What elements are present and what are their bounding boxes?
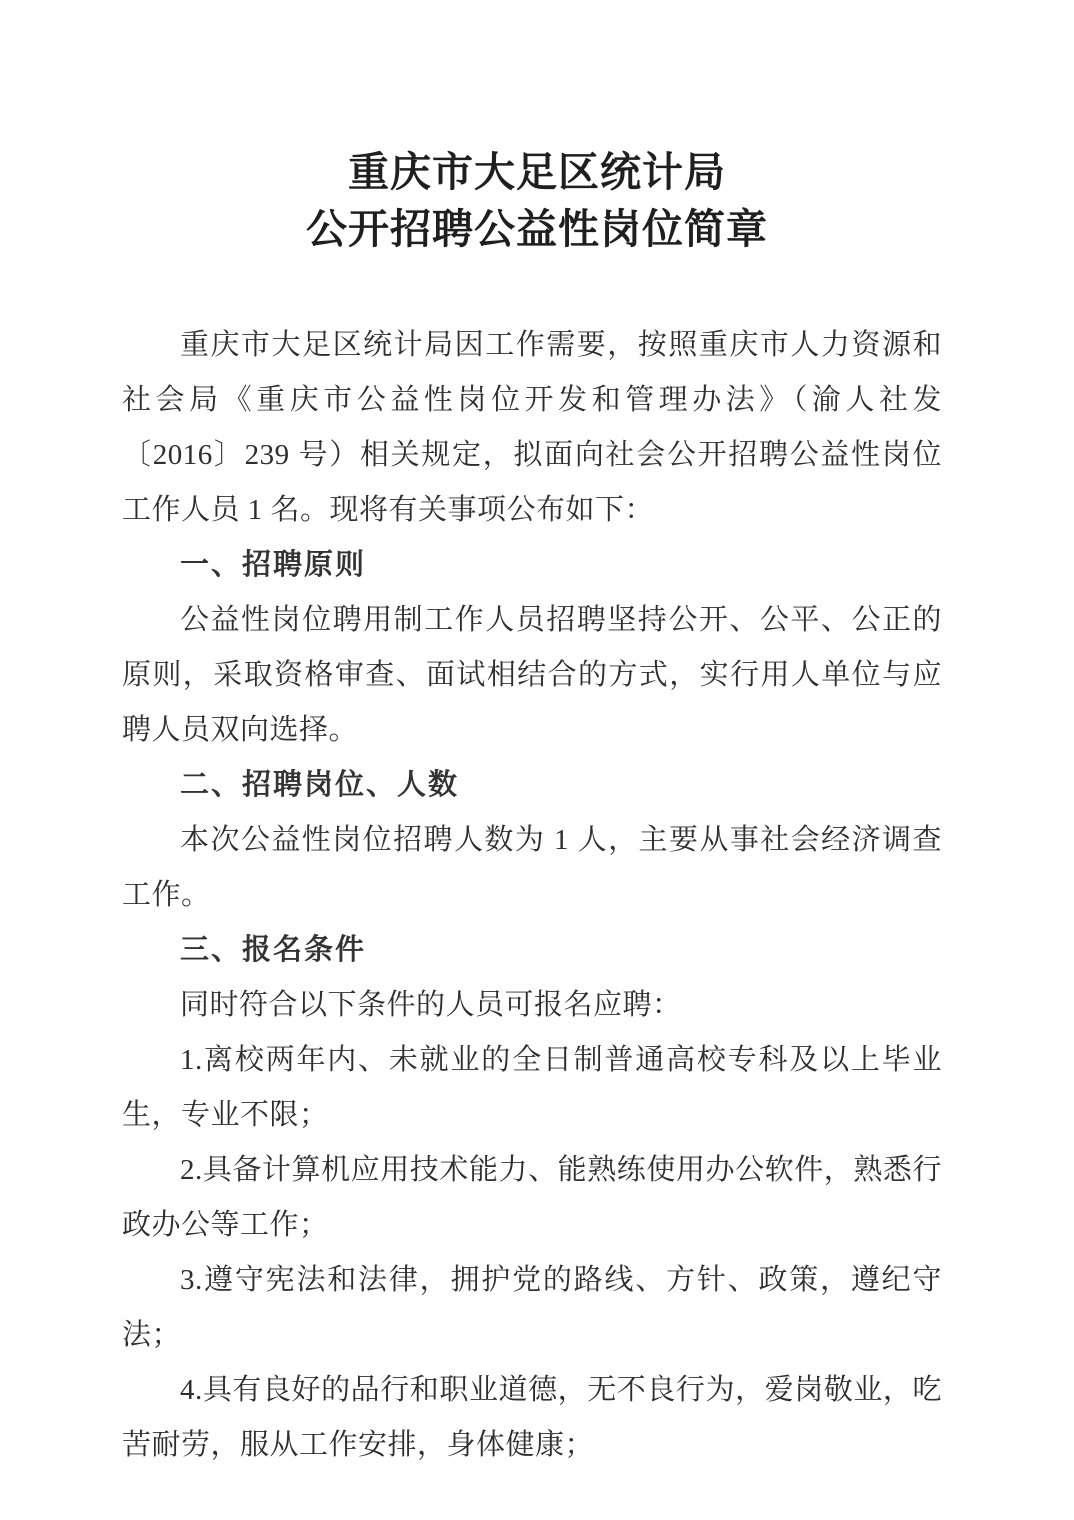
- body-paragraph: 同时符合以下条件的人员可报名应聘：: [122, 978, 942, 1033]
- section-heading: 一、招聘原则: [122, 538, 942, 593]
- document-title: 重庆市大足区统计局 公开招聘公益性岗位简章: [0, 0, 1074, 258]
- body-paragraph: 本次公益性岗位招聘人数为 1 人，主要从事社会经济调查工作。: [122, 813, 942, 923]
- section-heading: 三、报名条件: [122, 923, 942, 978]
- body-paragraph: 3.遵守宪法和法律，拥护党的路线、方针、政策，遵纪守法；: [122, 1253, 942, 1363]
- document-title-line-2: 公开招聘公益性岗位简章: [0, 201, 1074, 258]
- body-paragraph: 4.具有良好的品行和职业道德，无不良行为，爱岗敬业，吃苦耐劳，服从工作安排，身体…: [122, 1363, 942, 1473]
- body-paragraph: 公益性岗位聘用制工作人员招聘坚持公开、公平、公正的原则，采取资格审查、面试相结合…: [122, 593, 942, 758]
- body-paragraph: 2.具备计算机应用技术能力、能熟练使用办公软件，熟悉行政办公等工作；: [122, 1143, 942, 1253]
- document-title-line-1: 重庆市大足区统计局: [0, 144, 1074, 201]
- body-paragraph: 重庆市大足区统计局因工作需要，按照重庆市人力资源和社会局《重庆市公益性岗位开发和…: [122, 318, 942, 538]
- document-page: 重庆市大足区统计局 公开招聘公益性岗位简章 重庆市大足区统计局因工作需要，按照重…: [0, 0, 1074, 1520]
- body-paragraph: 1.离校两年内、未就业的全日制普通高校专科及以上毕业生，专业不限；: [122, 1033, 942, 1143]
- section-heading: 二、招聘岗位、人数: [122, 758, 942, 813]
- document-body: 重庆市大足区统计局因工作需要，按照重庆市人力资源和社会局《重庆市公益性岗位开发和…: [122, 318, 942, 1473]
